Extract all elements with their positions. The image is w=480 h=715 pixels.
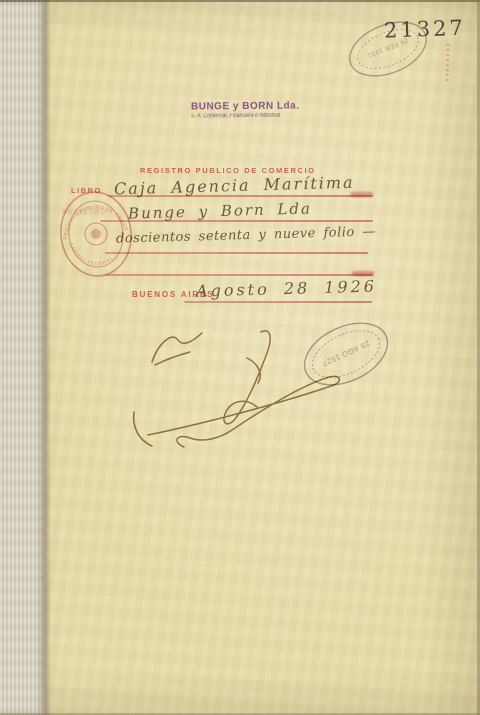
- binding-seam: [45, 0, 51, 715]
- company-stamp-subtitle: S. A. Comercial, Financiera é Industrial: [191, 113, 284, 120]
- signatures: [130, 320, 355, 455]
- form-rule-1-blot: [350, 192, 373, 197]
- company-stamp-name: BUNGE y BORN Lda.: [191, 101, 300, 113]
- cloth-binding-strip: [0, 0, 45, 715]
- signature-small: [152, 333, 202, 365]
- form-rule-3: [105, 252, 368, 254]
- oval-top-date-text: 25 FEB 1931: [366, 36, 409, 59]
- company-stamp: BUNGE y BORN Lda. S. A. Comercial, Finan…: [191, 101, 300, 120]
- signature-large: [134, 331, 340, 447]
- red-ink-smudge: [445, 44, 449, 84]
- page-edge-top: [0, 0, 480, 2]
- form-rule-4-blot: [352, 271, 374, 276]
- svg-text:REGISTRO PUBLICO DE COMERCIO: REGISTRO PUBLICO DE COMERCIO: [46, 180, 130, 241]
- date-rule: [184, 301, 372, 303]
- handwritten-entry-3: doscientos setenta y nueve folio —: [116, 224, 376, 246]
- red-official-seal: REGISTRO PUBLICO DE COMERCIO CAPITAL FED…: [54, 188, 140, 284]
- seal-rim-top-text: REGISTRO PUBLICO DE COMERCIO: [46, 180, 130, 241]
- handwritten-date: Agosto 28 1926: [196, 276, 377, 300]
- document-page: 21327 25 FEB 1931 BUNGE y BORN Lda. S. A…: [0, 0, 480, 715]
- form-rule-4: [105, 274, 373, 276]
- oval-date-stamp-top: 25 FEB 1931: [342, 14, 434, 86]
